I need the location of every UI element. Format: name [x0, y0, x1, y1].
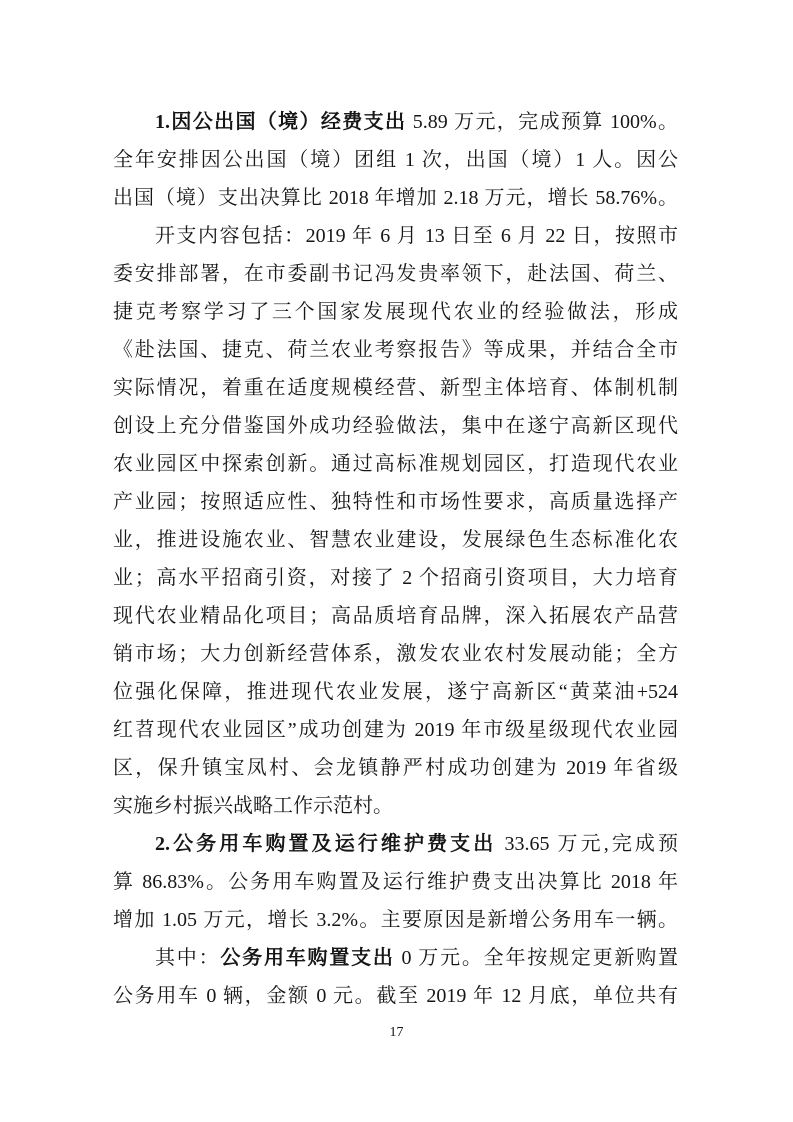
text-line: 其中：公务用车购置支出 0 万元。全年按规定更新购置 [113, 939, 678, 977]
text-run: 实际情况，着重在适度规模经营、新型主体培育、体制机制 [113, 377, 678, 399]
text-run: 区，保升镇宝凤村、会龙镇静严村成功创建为 2019 年省级 [113, 757, 678, 779]
document-page: 1.因公出国（境）经费支出 5.89 万元，完成预算 100%。全年安排因公出国… [0, 0, 793, 1122]
text-line: 《赴法国、捷克、荷兰农业考察报告》等成果，并结合全市 [113, 331, 678, 369]
text-run: 现代农业精品化项目；高品质培育品牌，深入拓展农产品营 [113, 605, 678, 627]
text-run: 《赴法国、捷克、荷兰农业考察报告》等成果，并结合全市 [113, 339, 678, 361]
text-line: 农业园区中探索创新。通过高标准规划园区，打造现代农业 [113, 445, 678, 483]
text-line: 创设上充分借鉴国外成功经验做法，集中在遂宁高新区现代 [113, 407, 678, 445]
text-line: 区，保升镇宝凤村、会龙镇静严村成功创建为 2019 年省级 [113, 749, 678, 787]
text-run: 出国（境）支出决算比 2018 年增加 2.18 万元，增长 58.76%。 [113, 187, 678, 209]
text-line: 业，推进设施农业、智慧农业建设，发展绿色生态标准化农 [113, 521, 678, 559]
text-run: 农业园区中探索创新。通过高标准规划园区，打造现代农业 [113, 453, 678, 475]
text-line: 红苕现代农业园区”成功创建为 2019 年市级星级现代农业园 [113, 711, 678, 749]
bold-text-run: 公务用车购置支出 [220, 947, 394, 969]
text-run: 增加 1.05 万元，增长 3.2%。主要原因是新增公务用车一辆。 [113, 909, 678, 931]
text-line: 委安排部署，在市委副书记冯发贵率领下，赴法国、荷兰、 [113, 255, 678, 293]
text-run: 其中： [155, 947, 220, 969]
text-line: 捷克考察学习了三个国家发展现代农业的经验做法，形成 [113, 293, 678, 331]
text-line: 全年安排因公出国（境）团组 1 次，出国（境）1 人。因公 [113, 141, 678, 179]
text-line: 增加 1.05 万元，增长 3.2%。主要原因是新增公务用车一辆。 [113, 901, 678, 939]
text-run: 全年安排因公出国（境）团组 1 次，出国（境）1 人。因公 [113, 149, 678, 171]
text-line: 1.因公出国（境）经费支出 5.89 万元，完成预算 100%。 [113, 103, 678, 141]
text-line: 产业园；按照适应性、独特性和市场性要求，高质量选择产 [113, 483, 678, 521]
text-run: 0 万元。全年按规定更新购置 [395, 947, 678, 969]
text-run: 捷克考察学习了三个国家发展现代农业的经验做法，形成 [113, 301, 678, 323]
text-run: 业；高水平招商引资，对接了 2 个招商引资项目，大力培育 [113, 567, 678, 589]
text-run: 算 86.83%。公务用车购置及运行维护费支出决算比 2018 年 [113, 871, 678, 893]
text-run: 公务用车 0 辆，金额 0 元。截至 2019 年 12 月底，单位共有 [113, 985, 678, 1007]
bold-text-run: 1.因公出国（境）经费支出 [155, 111, 406, 133]
text-run: 委安排部署，在市委副书记冯发贵率领下，赴法国、荷兰、 [113, 263, 678, 285]
bold-text-run: 2.公务用车购置及运行维护费支出 [155, 833, 496, 855]
text-line: 实际情况，着重在适度规模经营、新型主体培育、体制机制 [113, 369, 678, 407]
text-line: 销市场；大力创新经营体系，激发农业农村发展动能；全方 [113, 635, 678, 673]
text-run: 实施乡村振兴战略工作示范村。 [113, 795, 393, 817]
text-line: 位强化保障，推进现代农业发展，遂宁高新区“黄菜油+524 [113, 673, 678, 711]
text-line: 现代农业精品化项目；高品质培育品牌，深入拓展农产品营 [113, 597, 678, 635]
text-line: 实施乡村振兴战略工作示范村。 [113, 787, 678, 825]
text-line: 算 86.83%。公务用车购置及运行维护费支出决算比 2018 年 [113, 863, 678, 901]
text-line: 业；高水平招商引资，对接了 2 个招商引资项目，大力培育 [113, 559, 678, 597]
text-run: 5.89 万元，完成预算 100%。 [406, 111, 678, 133]
text-line: 出国（境）支出决算比 2018 年增加 2.18 万元，增长 58.76%。 [113, 179, 678, 217]
text-run: 产业园；按照适应性、独特性和市场性要求，高质量选择产 [113, 491, 678, 513]
text-line: 开支内容包括：2019 年 6 月 13 日至 6 月 22 日，按照市 [113, 217, 678, 255]
text-run: 位强化保障，推进现代农业发展，遂宁高新区“黄菜油+524 [113, 681, 678, 703]
text-run: 开支内容包括：2019 年 6 月 13 日至 6 月 22 日，按照市 [155, 225, 678, 247]
document-body: 1.因公出国（境）经费支出 5.89 万元，完成预算 100%。全年安排因公出国… [113, 103, 678, 1015]
page-number: 17 [0, 1024, 793, 1042]
text-run: 33.65 万元,完成预 [496, 833, 678, 855]
text-run: 红苕现代农业园区”成功创建为 2019 年市级星级现代农业园 [113, 719, 678, 741]
text-run: 创设上充分借鉴国外成功经验做法，集中在遂宁高新区现代 [113, 415, 678, 437]
text-line: 公务用车 0 辆，金额 0 元。截至 2019 年 12 月底，单位共有 [113, 977, 678, 1015]
text-run: 销市场；大力创新经营体系，激发农业农村发展动能；全方 [113, 643, 678, 665]
text-line: 2.公务用车购置及运行维护费支出 33.65 万元,完成预 [113, 825, 678, 863]
text-run: 业，推进设施农业、智慧农业建设，发展绿色生态标准化农 [113, 529, 678, 551]
